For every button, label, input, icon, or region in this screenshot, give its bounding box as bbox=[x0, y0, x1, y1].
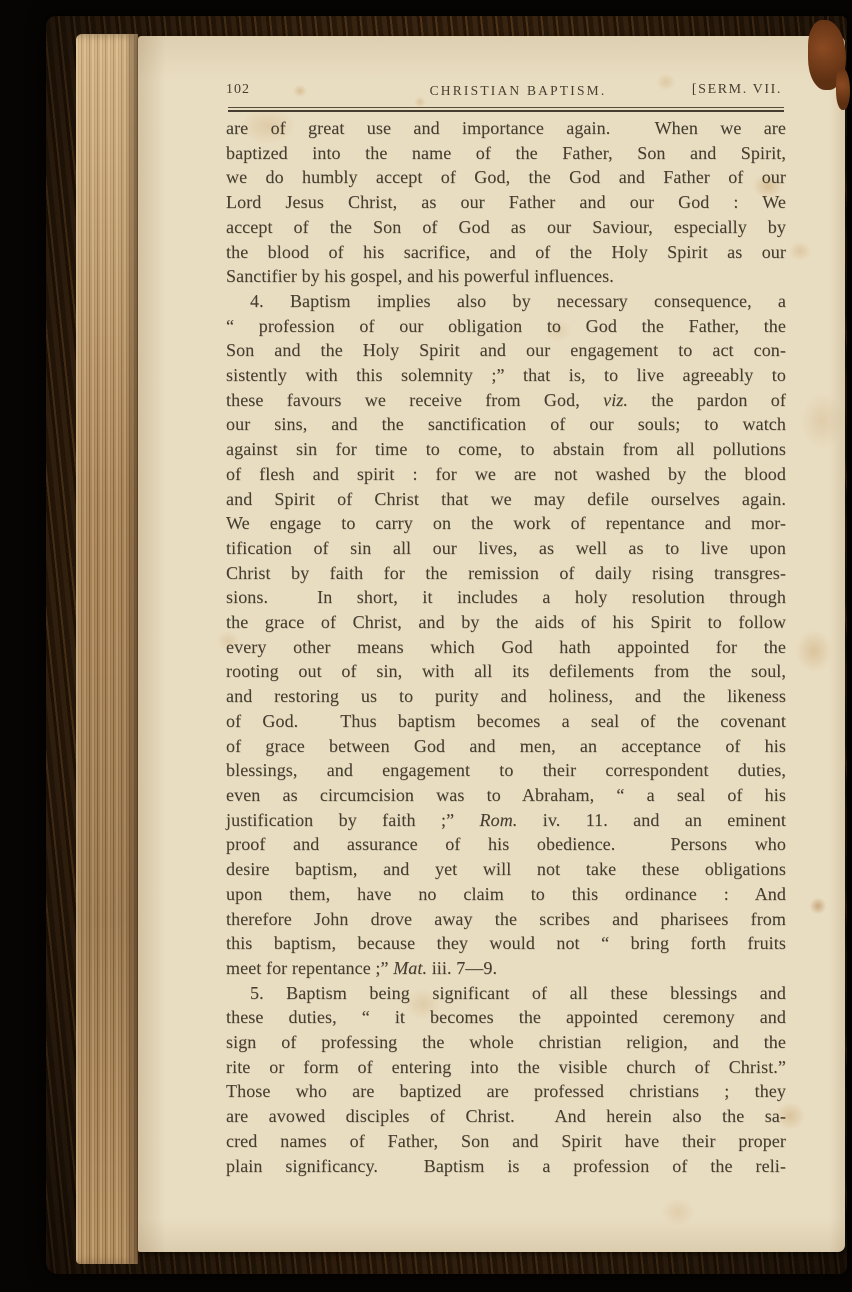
text-line: rooting out of sin, with all its defilem… bbox=[226, 659, 786, 684]
text-line: accept of the Son of God as our Saviour,… bbox=[226, 215, 786, 240]
text-line: Lord Jesus Christ, as our Father and our… bbox=[226, 190, 786, 215]
header-double-rule bbox=[228, 107, 784, 112]
running-title: CHRISTIAN BAPTISM. bbox=[430, 83, 607, 99]
text-line: baptized into the name of the Father, So… bbox=[226, 141, 786, 166]
text-line: therefore John drove away the scribes an… bbox=[226, 907, 786, 932]
text-line: Those who are baptized are professed chr… bbox=[226, 1079, 786, 1104]
text-line: of grace between God and men, an accepta… bbox=[226, 734, 786, 759]
text-line: the blood of his sacrifice, and of the H… bbox=[226, 240, 786, 265]
text-line: cred names of Father, Son and Spirit hav… bbox=[226, 1129, 786, 1154]
text-line: are of great use and importance again. W… bbox=[226, 116, 786, 141]
page-number: 102 bbox=[226, 82, 250, 98]
text-line: desire baptism, and yet will not take th… bbox=[226, 857, 786, 882]
body-text: are of great use and importance again. W… bbox=[226, 116, 786, 1178]
text-line: plain significancy. Baptism is a profess… bbox=[226, 1154, 786, 1179]
text-line: are avowed disciples of Christ. And here… bbox=[226, 1104, 786, 1129]
page-fore-edges bbox=[76, 34, 138, 1264]
text-line: upon them, have no claim to this ordinan… bbox=[226, 882, 786, 907]
text-line: these duties, “ it becomes the appointed… bbox=[226, 1005, 786, 1030]
text-line: against sin for time to come, to abstain… bbox=[226, 437, 786, 462]
section-marker: [SERM. VII. bbox=[692, 82, 782, 98]
text-line: We engage to carry on the work of repent… bbox=[226, 511, 786, 536]
text-line: and restoring us to purity and holiness,… bbox=[226, 684, 786, 709]
text-line: Christ by faith for the remission of dai… bbox=[226, 561, 786, 586]
text-line: sions. In short, it includes a holy reso… bbox=[226, 585, 786, 610]
text-line: our sins, and the sanctification of our … bbox=[226, 412, 786, 437]
text-line: we do humbly accept of God, the God and … bbox=[226, 165, 786, 190]
text-line: blessings, and engagement to their corre… bbox=[226, 758, 786, 783]
text-line: “ profession of our obligation to God th… bbox=[226, 314, 786, 339]
text-line: 5. Baptism being significant of all thes… bbox=[226, 981, 786, 1006]
text-line: of God. Thus baptism becomes a seal of t… bbox=[226, 709, 786, 734]
text-line: Son and the Holy Spirit and our engageme… bbox=[226, 338, 786, 363]
text-line: these favours we receive from God, viz. … bbox=[226, 388, 786, 413]
text-line: 4. Baptism implies also by necessary con… bbox=[226, 289, 786, 314]
text-line: this baptism, because they would not “ b… bbox=[226, 931, 786, 956]
text-line: every other means which God hath appoint… bbox=[226, 635, 786, 660]
text-line: proof and assurance of his obedience. Pe… bbox=[226, 832, 786, 857]
text-line: Sanctifier by his gospel, and his powerf… bbox=[226, 264, 786, 289]
text-line: of flesh and spirit : for we are not was… bbox=[226, 462, 786, 487]
leather-corner-fragment bbox=[836, 68, 850, 110]
text-line: tification of sin all our lives, as well… bbox=[226, 536, 786, 561]
text-line: justification by faith ;” Rom. iv. 11. a… bbox=[226, 808, 786, 833]
text-line: the grace of Christ, and by the aids of … bbox=[226, 610, 786, 635]
text-line: sistently with this solemnity ;” that is… bbox=[226, 363, 786, 388]
text-line: sign of professing the whole christian r… bbox=[226, 1030, 786, 1055]
book: 102 CHRISTIAN BAPTISM. [SERM. VII. are o… bbox=[46, 16, 847, 1274]
photo-backdrop: 102 CHRISTIAN BAPTISM. [SERM. VII. are o… bbox=[0, 0, 852, 1292]
book-page: 102 CHRISTIAN BAPTISM. [SERM. VII. are o… bbox=[138, 36, 845, 1252]
text-line: even as circumcision was to Abraham, “ a… bbox=[226, 783, 786, 808]
text-line: rite or form of entering into the visibl… bbox=[226, 1055, 786, 1080]
text-line: meet for repentance ;” Mat. iii. 7—9. bbox=[226, 956, 786, 981]
text-line: and Spirit of Christ that we may defile … bbox=[226, 487, 786, 512]
page-header: 102 CHRISTIAN BAPTISM. [SERM. VII. bbox=[226, 82, 786, 102]
